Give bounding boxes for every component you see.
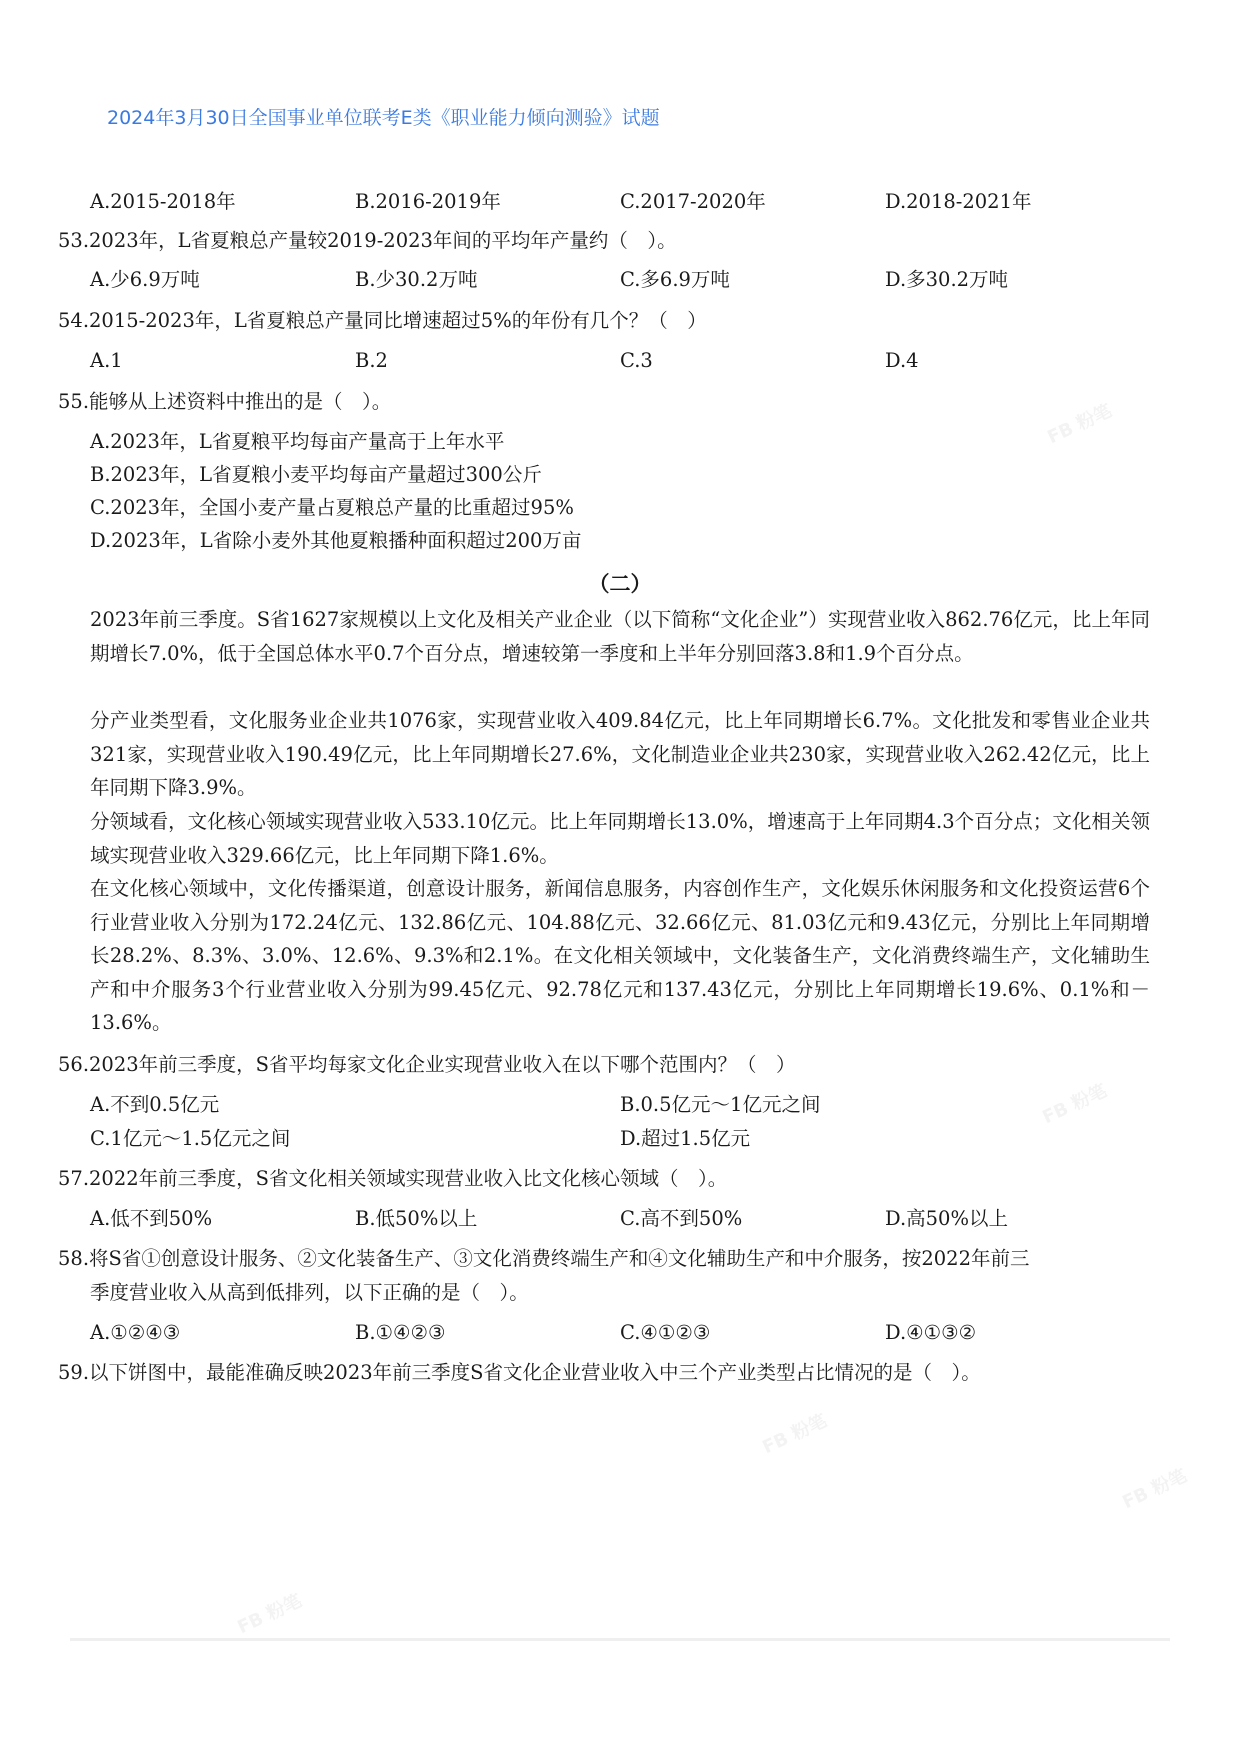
q58-option-c: C.④①②③ [620,1321,710,1345]
q57-option-c: C.高不到50% [620,1207,742,1231]
q53-stem: 53.2023年，L省夏粮总产量较2019-2023年间的平均年产量约（ ）。 [58,229,677,253]
watermark: FB 粉笔 [233,1587,306,1639]
q52-option-a: A.2015-2018年 [90,190,236,214]
q58-stem-line2: 季度营业收入从高到低排列，以下正确的是（ ）。 [90,1281,529,1305]
q57-option-a: A.低不到50% [90,1207,212,1231]
q57-stem: 57.2022年前三季度，S省文化相关领域实现营业收入比文化核心领域（ ）。 [58,1167,727,1191]
q53-option-c: C.多6.9万吨 [620,268,730,292]
q55-option-d: D.2023年，L省除小麦外其他夏粮播种面积超过200万亩 [90,529,581,553]
q52-option-c: C.2017-2020年 [620,190,766,214]
page-divider [70,1638,1170,1641]
q55-option-b: B.2023年，L省夏粮小麦平均每亩产量超过300公斤 [90,463,542,487]
q56-option-a: A.不到0.5亿元 [90,1093,219,1117]
q58-option-d: D.④①③② [885,1321,976,1345]
q57-option-b: B.低50%以上 [355,1207,477,1231]
q59-stem: 59.以下饼图中，最能准确反映2023年前三季度S省文化企业营业收入中三个产业类… [58,1361,981,1385]
section-heading: （二） [0,568,1240,598]
q58-option-b: B.①④②③ [355,1321,445,1345]
q53-option-a: A.少6.9万吨 [90,268,200,292]
q56-stem: 56.2023年前三季度，S省平均每家文化企业实现营业收入在以下哪个范围内？（ … [58,1053,796,1077]
material-paragraph-3: 分领域看，文化核心领域实现营业收入533.10亿元。比上年同期增长13.0%，增… [90,805,1150,872]
watermark: FB 粉笔 [1043,397,1116,449]
q56-option-c: C.1亿元～1.5亿元之间 [90,1127,290,1151]
q54-option-d: D.4 [885,349,919,373]
q52-option-d: D.2018-2021年 [885,190,1031,214]
q55-option-c: C.2023年，全国小麦产量占夏粮总产量的比重超过95% [90,496,574,520]
material-paragraph-2: 分产业类型看，文化服务业企业共1076家，实现营业收入409.84亿元，比上年同… [90,704,1150,805]
watermark: FB 粉笔 [1038,1077,1111,1129]
q52-option-b: B.2016-2019年 [355,190,501,214]
q53-option-b: B.少30.2万吨 [355,268,477,292]
q56-option-b: B.0.5亿元～1亿元之间 [620,1093,820,1117]
q54-stem: 54.2015-2023年，L省夏粮总产量同比增速超过5%的年份有几个？（ ） [58,309,707,333]
q54-option-a: A.1 [90,349,123,373]
q54-option-b: B.2 [355,349,388,373]
q58-option-a: A.①②④③ [90,1321,180,1345]
watermark: FB 粉笔 [1118,1462,1191,1514]
q55-option-a: A.2023年，L省夏粮平均每亩产量高于上年水平 [90,430,504,454]
document-title: 2024年3月30日全国事业单位联考E类《职业能力倾向测验》试题 [107,103,660,130]
q54-option-c: C.3 [620,349,653,373]
q58-stem-line1: 58.将S省①创意设计服务、②文化装备生产、③文化消费终端生产和④文化辅助生产和… [58,1247,1030,1271]
material-paragraph-4: 在文化核心领域中，文化传播渠道，创意设计服务，新闻信息服务，内容创作生产，文化娱… [90,872,1150,1040]
q57-option-d: D.高50%以上 [885,1207,1008,1231]
watermark: FB 粉笔 [758,1407,831,1459]
q53-option-d: D.多30.2万吨 [885,268,1008,292]
q56-option-d: D.超过1.5亿元 [620,1127,750,1151]
q55-stem: 55.能够从上述资料中推出的是（ ）。 [58,390,391,414]
material-paragraph-1: 2023年前三季度。S省1627家规模以上文化及相关产业企业（以下简称“文化企业… [90,603,1150,670]
